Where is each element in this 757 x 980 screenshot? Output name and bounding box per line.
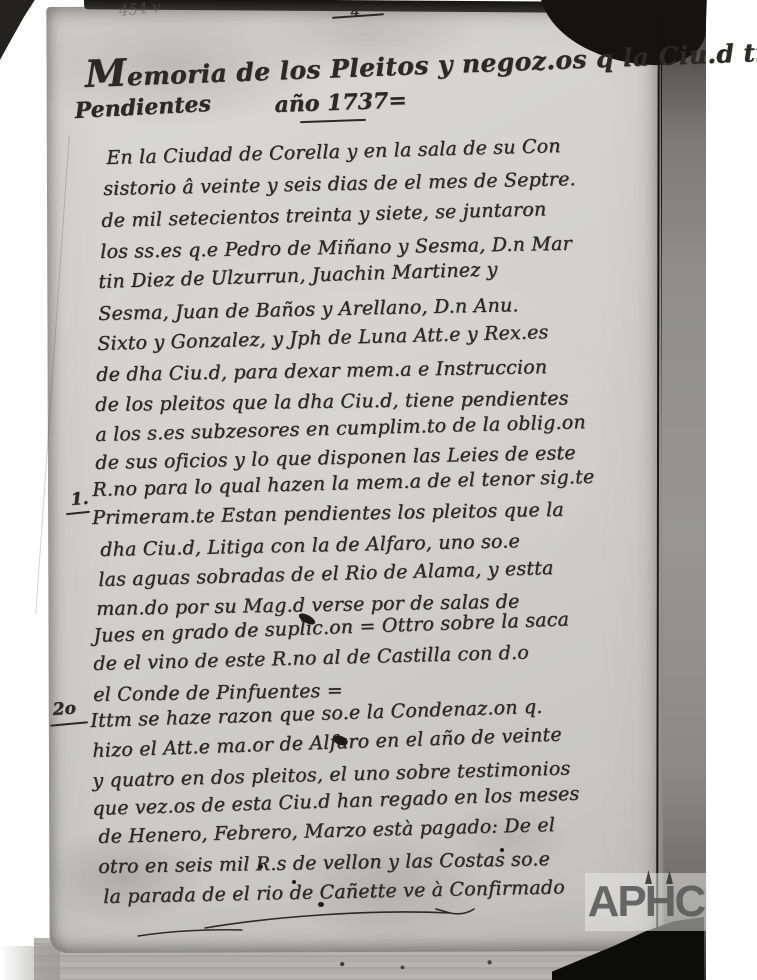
year-line: año 1737= (274, 87, 407, 118)
closing-flourish (130, 895, 510, 940)
manuscript-line: el Conde de Pinfuentes = (93, 680, 343, 706)
watermark-text: APHC (588, 880, 705, 924)
margin-item-2: 2o (52, 698, 77, 720)
book-fore-edge (660, 0, 706, 980)
ink-spot (500, 848, 504, 852)
ink-spot (258, 864, 263, 869)
manuscript-photo: 454 v 4 Memoria de los Pleitos y negoz.o… (0, 0, 757, 980)
ink-spot (292, 880, 296, 884)
book-bottom-edge-shadow (0, 946, 60, 980)
margin-item-1: 1. (70, 489, 89, 510)
folio-mark: 4 (350, 3, 360, 21)
